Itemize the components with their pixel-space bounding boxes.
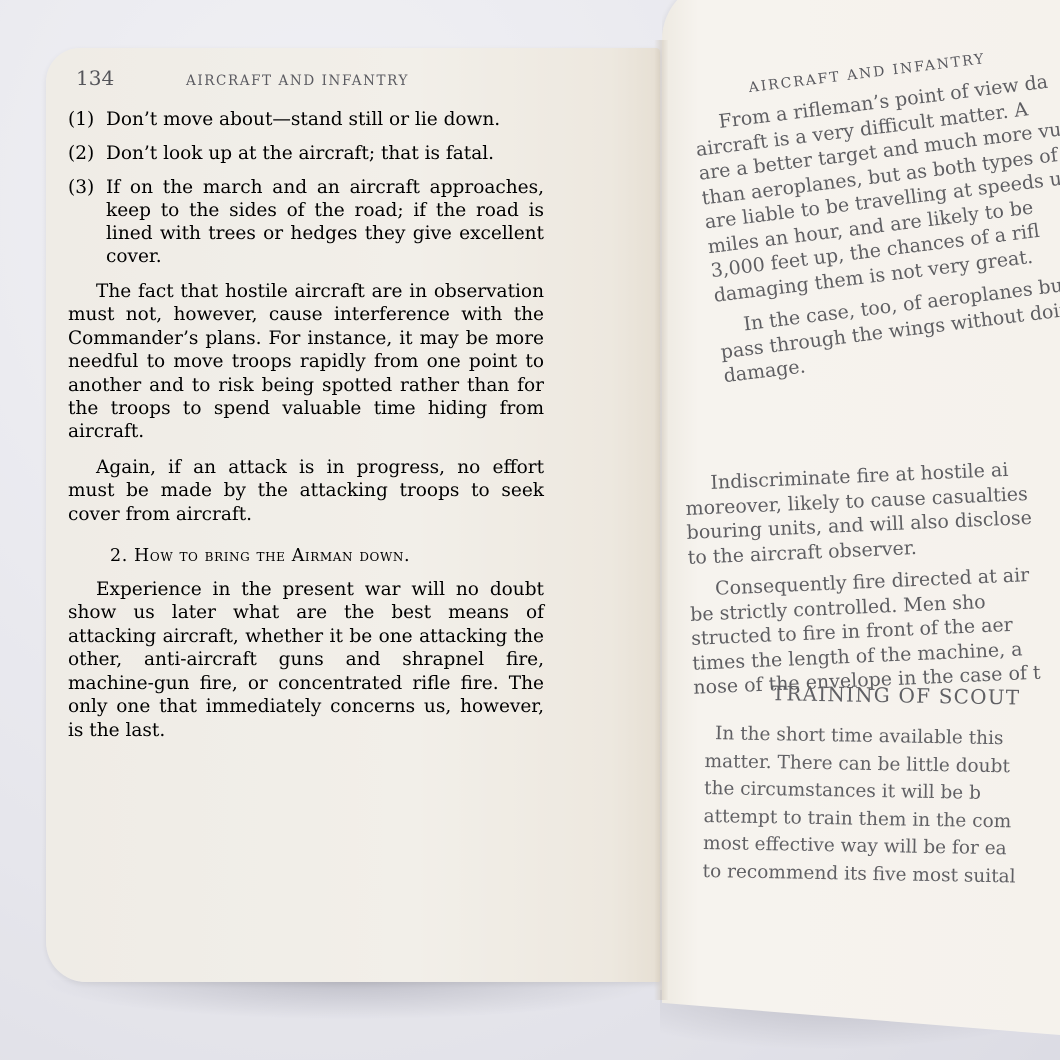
paragraph-observation: The fact that hostile aircraft are in ob… (68, 280, 544, 444)
section-heading: 2. How to bring the Airman down. (110, 546, 544, 566)
list-text: If on the march and an aircraft approach… (106, 176, 544, 268)
list-item: (1) Don’t move about—stand still or lie … (68, 108, 544, 131)
running-head-title: AIRCRAFT AND INFANTRY (186, 73, 409, 89)
left-running-head: 134 AIRCRAFT AND INFANTRY (76, 66, 546, 90)
paragraph-attack: Again, if an attack is in progress, no e… (68, 456, 544, 526)
page-number: 134 (76, 66, 186, 90)
section-heading-training: TRAINING OF SCOUT (772, 681, 1060, 710)
right-page-top: AIRCRAFT AND INFANTRY From a rifleman’s … (680, 0, 1060, 389)
list-number: (1) (68, 108, 106, 131)
left-page-body: (1) Don’t move about—stand still or lie … (68, 108, 544, 742)
book-gutter (654, 40, 668, 1000)
list-number: (3) (68, 176, 106, 268)
right-page-middle: Indiscriminate fire at hostile ai moreov… (684, 454, 1060, 701)
list-item: (2) Don’t look up at the aircraft; that … (68, 142, 544, 165)
list-text: Don’t move about—stand still or lie down… (106, 108, 500, 131)
right-page-bottom: TRAINING OF SCOUT In the short time avai… (702, 680, 1060, 892)
list-number: (2) (68, 142, 106, 165)
list-text: Don’t look up at the aircraft; that is f… (106, 142, 494, 165)
paragraph-experience: Experience in the present war will no do… (68, 578, 544, 742)
list-item: (3) If on the march and an aircraft appr… (68, 176, 544, 268)
page-shadow-left (40, 980, 660, 1020)
